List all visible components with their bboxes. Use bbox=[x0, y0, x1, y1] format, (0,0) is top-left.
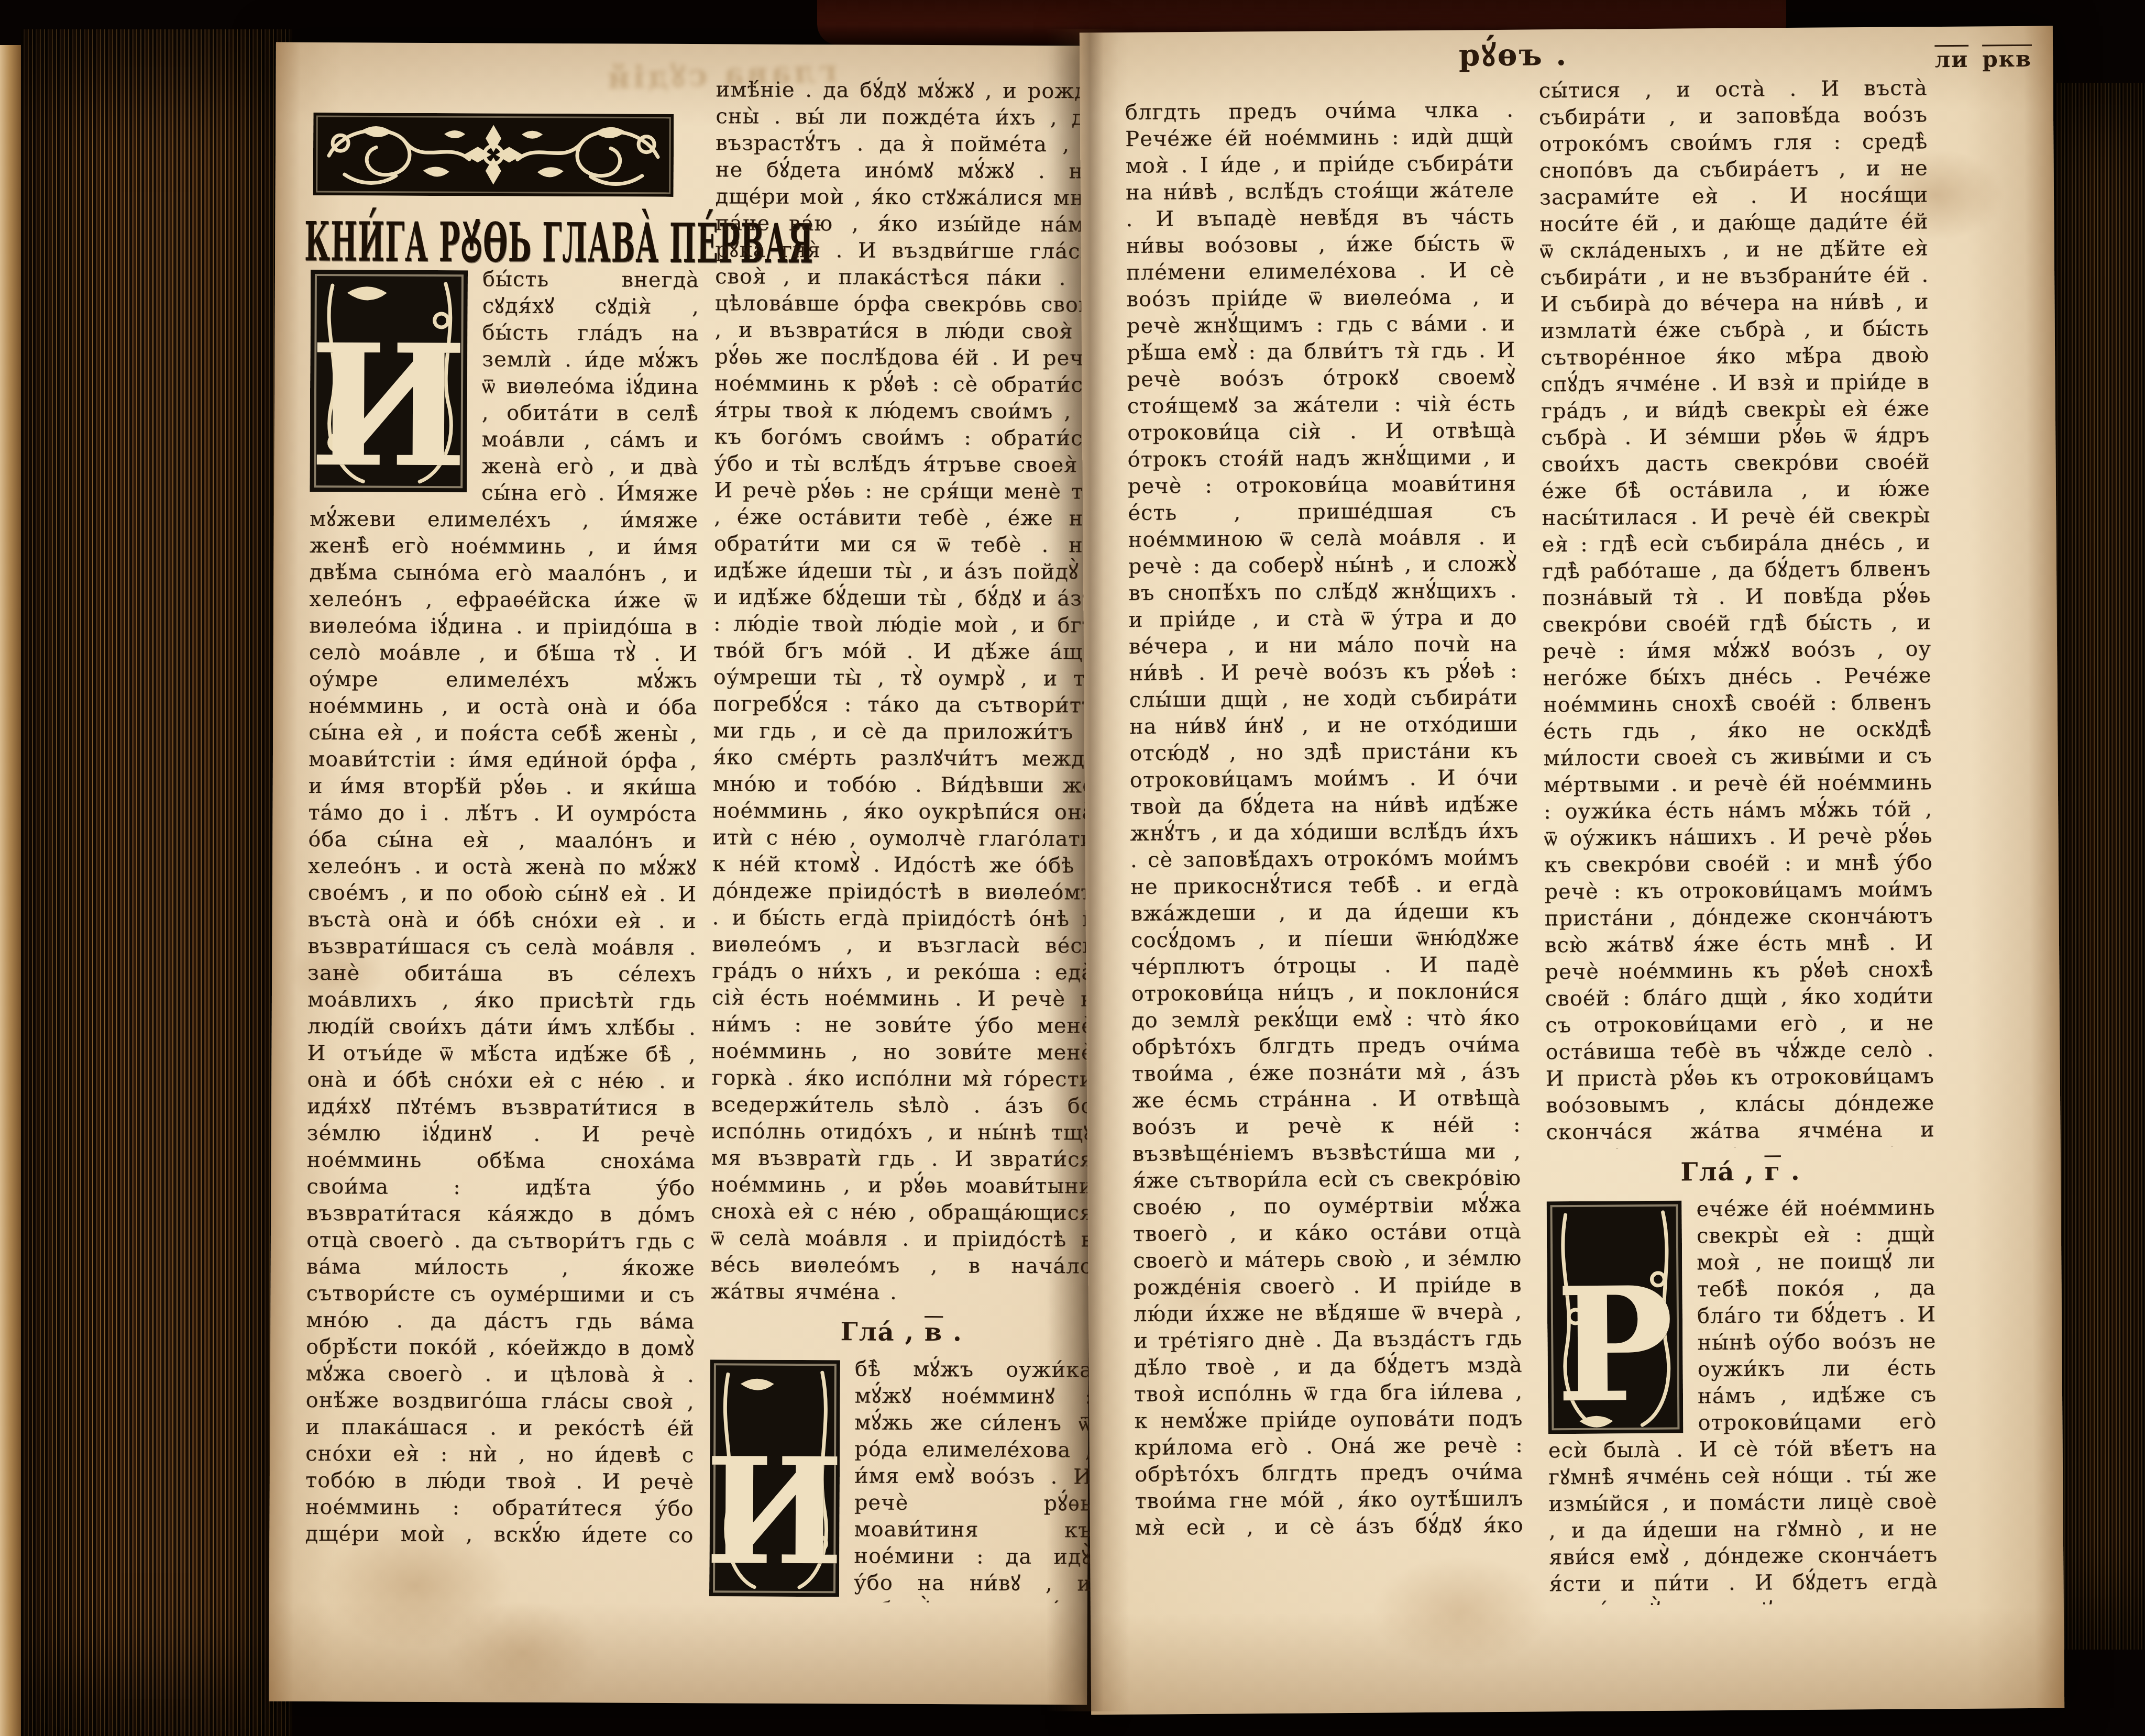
left-page-edge-stack bbox=[21, 29, 292, 1736]
folio-prefix: ли bbox=[1934, 47, 1968, 72]
left-cover-edge bbox=[0, 45, 23, 1736]
chapter-end: . bbox=[943, 1318, 963, 1347]
text-column-ruth1-right: имѣ́ніе . да бꙋ́дꙋ мꙋ́жꙋ , и рождꙋ̀ сны̀… bbox=[709, 76, 1098, 1603]
initial-letter: Р bbox=[1555, 1252, 1675, 1434]
body-text: сы́тися , и оста̀ . И въста̀ събира́ти ,… bbox=[1538, 75, 1934, 1149]
decorative-initial-ruth2: И bbox=[709, 1359, 840, 1597]
chapter-sep: , bbox=[895, 1318, 925, 1347]
initial-letter: И bbox=[310, 308, 468, 492]
chapter-2-heading: Гла́ , в . bbox=[710, 1307, 1093, 1357]
left-page: глава сꙋдій КНИ́ГА bbox=[269, 42, 1094, 1705]
body-text: Р ече́же е́й ное́мминь свекры̀ ея̀ : дщѝ… bbox=[1546, 1195, 1938, 1606]
headpiece-ornament-icon bbox=[313, 113, 674, 197]
chapter-numeral: в bbox=[925, 1318, 943, 1347]
text-column-ruth1-left: И бы́сть внегда̀ сꙋдя́хꙋ сꙋдія̀ , бы́сть… bbox=[305, 266, 699, 1551]
body-text: И бѣ̀ мꙋ́жъ оужи́ка мꙋ́жꙋ ное́мминꙋ : мꙋ… bbox=[709, 1355, 1093, 1603]
book-photograph: глава сꙋдій КНИ́ГА bbox=[0, 0, 2145, 1736]
folio-value: ркв bbox=[1982, 46, 2032, 72]
body-text: имѣ́ніе . да бꙋ́дꙋ мꙋ́жꙋ , и рождꙋ̀ сны̀… bbox=[710, 76, 1098, 1309]
chapter-numeral: г bbox=[1765, 1157, 1781, 1186]
chapter-3-heading: Гла́ , г . bbox=[1546, 1146, 1935, 1197]
chapter-label: Гла́ bbox=[1680, 1157, 1735, 1187]
right-page: рꙋ́ѳъ . лиркв блгдть предъ очи́ма члка .… bbox=[1080, 26, 2064, 1715]
chapter-sep: , bbox=[1735, 1157, 1765, 1186]
right-page-edge-stack bbox=[2054, 83, 2145, 1650]
running-title: рꙋ́ѳъ . bbox=[1356, 32, 1671, 75]
decorative-initial-ruth3: Р bbox=[1546, 1201, 1683, 1434]
chapter-label: Гла́ bbox=[841, 1317, 895, 1346]
decorative-initial-ruth1: И bbox=[310, 270, 468, 492]
initial-letter: И bbox=[709, 1425, 840, 1597]
text-column-ruth2-left: блгдть предъ очи́ма члка . Рече́же е́й н… bbox=[1125, 97, 1524, 1544]
folio-number: лиркв bbox=[1869, 46, 2032, 73]
text-column-ruth2-right: сы́тися , и оста̀ . И въста̀ събира́ти ,… bbox=[1538, 75, 1938, 1606]
chapter-end: . bbox=[1781, 1157, 1801, 1186]
